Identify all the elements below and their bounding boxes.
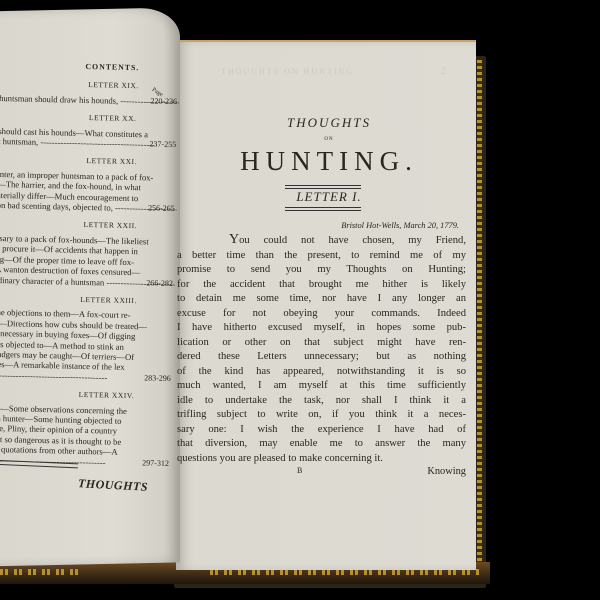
leader-dots: ---------------------------------------- [104,277,175,289]
drop-letter: Y [229,232,239,247]
letter-page: THOUGHTS ON HUNTING. LETTER I. Bristol H… [205,115,463,480]
body-line: excuse for not obeying your commands. In… [177,307,466,322]
contents-heading: CONTENTS. [45,61,180,74]
dateline: Bristol Hot-Wells, March 20, 1779. [205,221,459,230]
page-range: 297-312 [142,458,169,469]
contents-letter-heading: LETTER XXIV. [40,389,172,402]
body-line: for the accident that brought me hither … [177,278,466,293]
leader-dots: ---------------------------------------- [113,203,177,215]
right-catchword: Knowing [427,466,466,477]
contents-line-text: huntsman should draw his hounds, [0,93,118,106]
contents-letter-heading: LETTER XXII. [44,220,176,233]
title-on: ON [195,137,463,142]
first-line: You could not have chosen, my Friend, [177,233,466,249]
contents-letter-heading: LETTER XXI. [46,156,178,169]
contents-line-text: rdinary character of a huntsman [0,274,104,286]
body-line: to detain me some time, nor have I any l… [177,292,466,307]
body-line: of the kind has appeared, notwithstandin… [177,365,466,380]
body-line: that diversion, may enable me to answer … [177,437,466,452]
signature-mark: B [297,466,302,475]
body-line: questions you are pleased to make concer… [177,452,466,467]
letter-rule-bottom [285,207,361,211]
body-line: lication or other on that subject might … [177,336,466,351]
title-thoughts: THOUGHTS [195,115,463,131]
body-line: idle to undertake the task, nor shall I … [177,394,466,409]
body-line: trifling subject to write on, if you thi… [177,408,466,423]
contents-line-text: t huntsman, [0,136,38,147]
contents-line-text: on bad scenting days, objected to, [0,200,113,213]
leader-dots: ---------------------------------------- [38,137,155,150]
letter-heading: LETTER I. [195,189,463,205]
contents-letter-heading: LETTER XX. [47,112,179,125]
page-range: 283-296 [144,373,171,384]
title-hunting: HUNTING. [195,146,463,177]
body-line: dered these Letters unnecessary; but as … [177,350,466,365]
body-line: promise to send you my Thoughts on Hunti… [177,263,466,278]
first-line-text: ou could not have chosen, my Friend, [239,235,466,246]
leader-dots: ---------------------------------------- [118,96,179,108]
body-line: sary one: I wish the experience I have h… [177,423,466,438]
gilt-border-decoration-left [0,569,80,575]
contents-letter-heading: LETTER XXIII. [42,294,174,307]
body-line: much wanted, I am myself at this time su… [177,379,466,394]
contents-entries: LETTER XIX.huntsman should draw his houn… [0,78,180,469]
page-footer: B Knowing [177,466,466,480]
show-through-page-number: 2 [441,66,446,77]
show-through-header: THOUGHTS ON HUNTING. [221,67,358,76]
body-line: a better time than the present, to remin… [177,249,466,264]
contents-page: CONTENTS. Page LETTER XIX.huntsman shoul… [0,60,180,469]
letter-body: You could not have chosen, my Friend, a … [177,233,466,466]
gilt-border-decoration [477,60,482,580]
body-line: I have hitherto excused myself, in hopes… [177,321,466,336]
leader-dots: ---------------------------------------- [0,370,107,383]
